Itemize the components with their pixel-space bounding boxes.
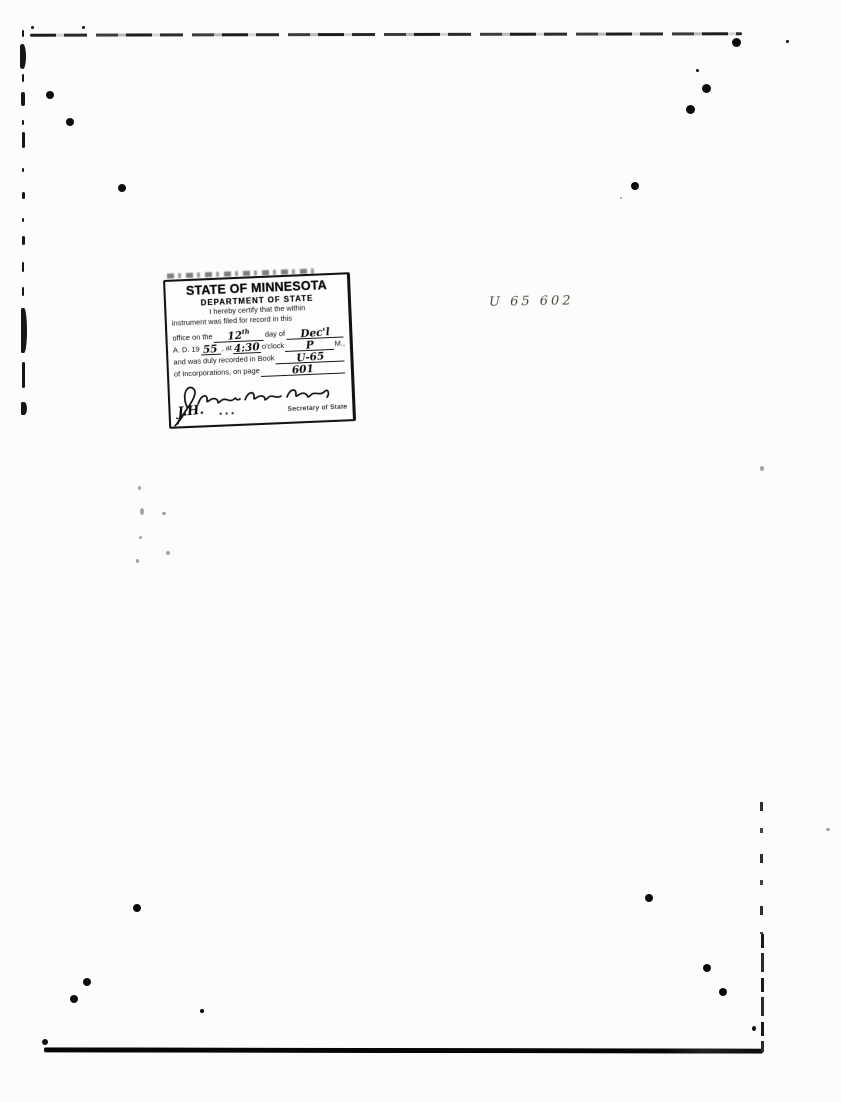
scan-speck [166, 551, 170, 555]
edge-mark [22, 74, 24, 82]
scanned-document-page: U 65 602 STATE OF MINNESOTA DEPARTMENT O… [0, 0, 841, 1102]
scan-artifact-dot [786, 40, 789, 43]
bottom-border-line [44, 1047, 763, 1053]
book-value: U-65 [296, 351, 325, 363]
right-border-line-lower [761, 934, 764, 1052]
scan-artifact-dot [82, 26, 85, 29]
edge-mark [22, 262, 24, 272]
year-blank: 55 [200, 342, 220, 355]
month-value: Dec'l [300, 327, 330, 339]
edge-mark [22, 192, 25, 199]
edge-mark [22, 362, 25, 388]
edge-mark [22, 120, 24, 125]
day-mid-label: day of [265, 327, 286, 340]
edge-mark [21, 92, 25, 106]
state-filing-stamp: STATE OF MINNESOTA DEPARTMENT OF STATE I… [163, 272, 356, 428]
page-value: 601 [291, 363, 314, 375]
edge-mark [20, 44, 26, 69]
edge-mark [22, 30, 24, 37]
meridiem-value: P [305, 340, 314, 351]
edge-mark [22, 168, 24, 172]
scan-artifact-dot [118, 184, 126, 192]
scan-artifact-dot [31, 26, 34, 29]
scan-artifact-dot [752, 1026, 756, 1031]
day-value: 12 [227, 330, 243, 343]
scan-speck [136, 559, 139, 563]
scan-speck [139, 536, 142, 539]
top-border-line [30, 32, 742, 36]
signature-block: J.H. Secretary of State [174, 375, 348, 424]
scan-speck [826, 828, 830, 831]
scan-artifact-dot [200, 1009, 204, 1013]
scan-artifact-dot [703, 964, 711, 972]
edge-mark [21, 402, 27, 415]
scan-artifact-dot [42, 1039, 48, 1045]
scan-artifact-dot [46, 91, 54, 99]
edge-mark [22, 218, 24, 222]
scan-artifact-dot [133, 904, 141, 912]
scan-artifact-dot [719, 988, 727, 996]
scan-artifact-dot [702, 84, 711, 93]
page-blank: 601 [260, 361, 345, 377]
edge-mark [22, 236, 25, 245]
scan-artifact-dot [732, 38, 741, 47]
scan-speck [760, 466, 764, 471]
oclock-label: o'clock [262, 339, 285, 352]
scan-artifact-dot [83, 978, 91, 986]
time-blank: 4:30 [233, 340, 261, 353]
scan-speck [138, 486, 141, 490]
signature-scribble [170, 375, 340, 426]
time-value: 4:30 [234, 342, 260, 354]
edge-mark [22, 287, 24, 296]
day-suffix: th [242, 328, 250, 337]
scan-artifact-dot [66, 118, 74, 126]
document-number: U 65 602 [489, 293, 589, 310]
scan-speck [140, 508, 144, 515]
scan-speck [162, 512, 166, 515]
right-border-line-upper [760, 802, 763, 934]
at-label: , at [221, 342, 232, 354]
year-value: 55 [203, 344, 218, 355]
meridiem-suffix-label: M., [334, 337, 345, 349]
edge-mark [21, 308, 27, 353]
page-prefix-label: of Incorporations, on page [174, 365, 260, 381]
scan-artifact-dot [696, 69, 699, 72]
scan-artifact-dot [645, 894, 653, 902]
edge-mark [22, 132, 25, 148]
scan-artifact-dot [686, 105, 695, 114]
clerk-initials: J.H. [177, 402, 205, 420]
scan-speck [620, 197, 622, 199]
scan-artifact-dot [631, 182, 639, 190]
scan-artifact-dot [70, 995, 78, 1003]
